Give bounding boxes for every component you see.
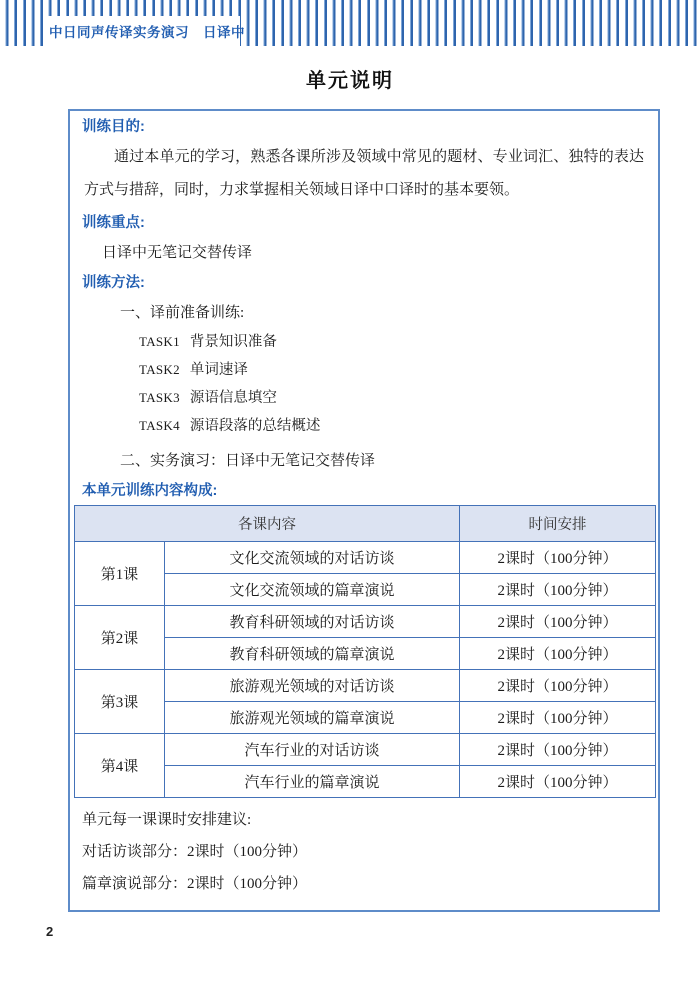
schedule-table: 各课内容 时间安排 第1课 文化交流领域的对话访谈 2课时（100分钟） 文化交… — [74, 505, 656, 798]
method-item-1: 一、译前准备训练: — [70, 301, 658, 325]
schedule-note-speech: 篇章演说部分：2课时（100分钟） — [70, 868, 658, 900]
task-text: 单词速译 — [190, 362, 248, 378]
table-row: 第4课 汽车行业的对话访谈 2课时（100分钟） — [75, 734, 656, 766]
time-cell: 2课时（100分钟） — [460, 702, 656, 734]
time-cell: 2课时（100分钟） — [460, 574, 656, 606]
content-box: 训练目的: 通过本单元的学习，熟悉各课所涉及领域中常见的题材、专业词汇、独特的表… — [68, 109, 660, 912]
schedule-note-heading: 单元每一课课时安排建议: — [70, 804, 658, 836]
content-cell: 汽车行业的对话访谈 — [165, 734, 460, 766]
time-cell: 2课时（100分钟） — [460, 734, 656, 766]
task-label: TASK3 — [139, 390, 180, 405]
table-header-time: 时间安排 — [460, 506, 656, 542]
task-label: TASK2 — [139, 362, 180, 377]
task-text: 源语段落的总结概述 — [190, 418, 321, 434]
lesson-cell: 第3课 — [75, 670, 165, 734]
task-label: TASK1 — [139, 334, 180, 349]
content-cell: 旅游观光领域的篇章演说 — [165, 702, 460, 734]
task-line: TASK2单词速译 — [70, 359, 658, 381]
task-text: 背景知识准备 — [190, 334, 277, 350]
table-row: 第3课 旅游观光领域的对话访谈 2课时（100分钟） — [75, 670, 656, 702]
lesson-cell: 第1课 — [75, 542, 165, 606]
lesson-cell: 第4课 — [75, 734, 165, 798]
time-cell: 2课时（100分钟） — [460, 606, 656, 638]
schedule-note-dialogue: 对话访谈部分：2课时（100分钟） — [70, 836, 658, 868]
content-cell: 文化交流领域的对话访谈 — [165, 542, 460, 574]
table-row: 第2课 教育科研领域的对话访谈 2课时（100分钟） — [75, 606, 656, 638]
task-line: TASK1背景知识准备 — [70, 331, 658, 353]
table-header-content: 各课内容 — [75, 506, 460, 542]
table-header-row: 各课内容 时间安排 — [75, 506, 656, 542]
section-heading-focus: 训练重点: — [70, 213, 658, 233]
section-heading-purpose: 训练目的: — [70, 117, 658, 137]
content-cell: 旅游观光领域的对话访谈 — [165, 670, 460, 702]
page-number: 2 — [46, 924, 53, 939]
time-cell: 2课时（100分钟） — [460, 766, 656, 798]
lesson-cell: 第2课 — [75, 606, 165, 670]
content-cell: 教育科研领域的篇章演说 — [165, 638, 460, 670]
focus-line: 日译中无笔记交替传译 — [70, 239, 658, 267]
time-cell: 2课时（100分钟） — [460, 542, 656, 574]
content-cell: 文化交流领域的篇章演说 — [165, 574, 460, 606]
time-cell: 2课时（100分钟） — [460, 638, 656, 670]
decorative-stripe-band: 中日同声传译实务演习 日译中 — [0, 0, 700, 46]
content-cell: 教育科研领域的对话访谈 — [165, 606, 460, 638]
method-item-2: 二、实务演习：日译中无笔记交替传译 — [70, 449, 658, 473]
purpose-paragraph: 通过本单元的学习，熟悉各课所涉及领域中常见的题材、专业词汇、独特的表达方式与措辞… — [84, 141, 644, 207]
task-line: TASK3源语信息填空 — [70, 387, 658, 409]
page-title: 单元说明 — [0, 64, 700, 93]
task-label: TASK4 — [139, 418, 180, 433]
section-heading-composition: 本单元训练内容构成: — [70, 481, 658, 501]
content-cell: 汽车行业的篇章演说 — [165, 766, 460, 798]
section-heading-method: 训练方法: — [70, 273, 658, 293]
time-cell: 2课时（100分钟） — [460, 670, 656, 702]
table-row: 第1课 文化交流领域的对话访谈 2课时（100分钟） — [75, 542, 656, 574]
running-header: 中日同声传译实务演习 日译中 — [44, 16, 240, 46]
task-text: 源语信息填空 — [190, 390, 277, 406]
task-line: TASK4源语段落的总结概述 — [70, 415, 658, 437]
